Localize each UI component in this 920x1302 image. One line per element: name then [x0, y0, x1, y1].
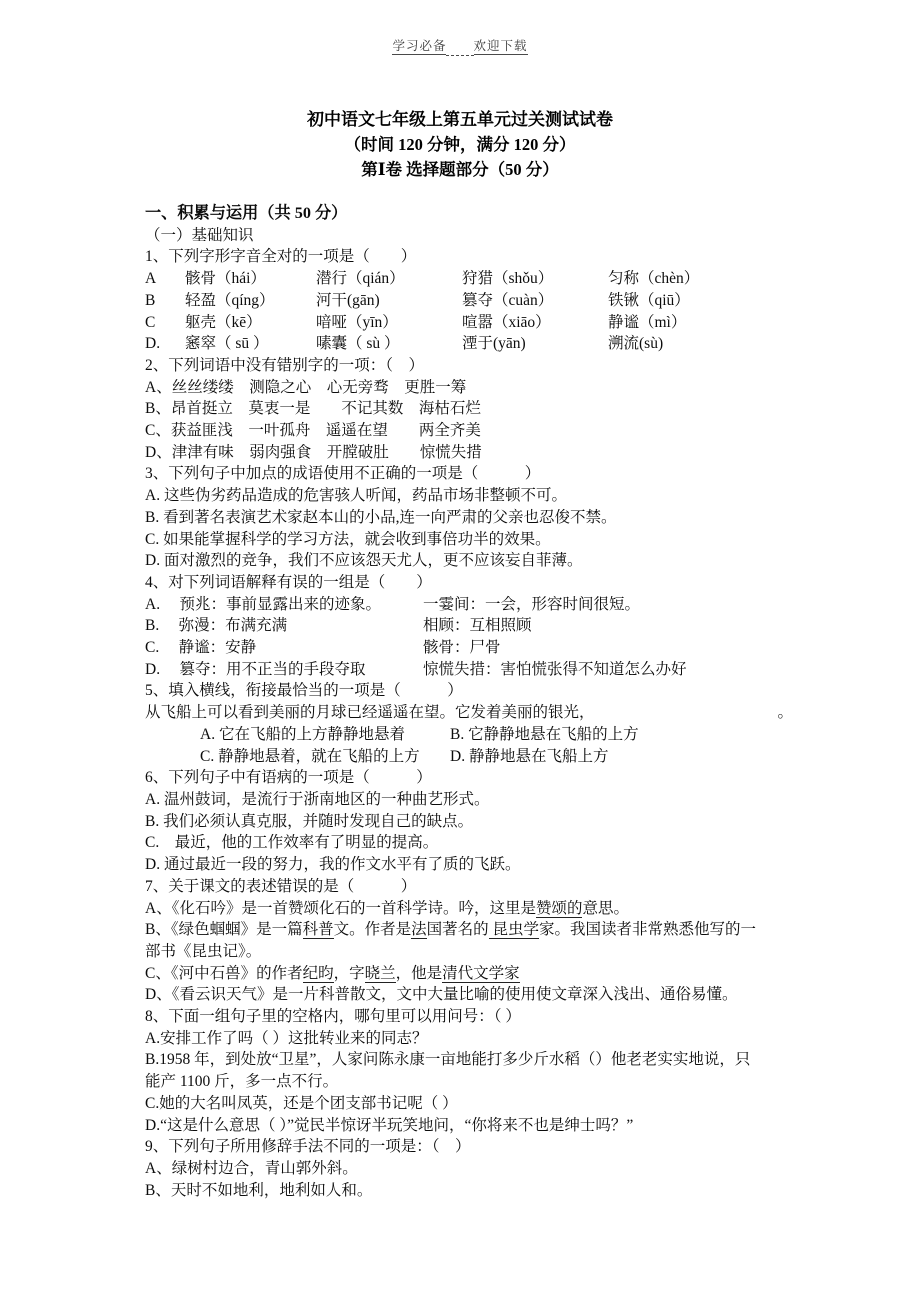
q6-option-b: B. 我们必须认真克服，并随时发现自己的缺点。 [145, 811, 805, 833]
q1-d-item3: 湮于(yān) [462, 333, 608, 355]
q1-b-item2: 河干(gān) [316, 290, 462, 312]
q1-a-item3: 狩猎（shǒu） [462, 268, 608, 290]
q4-stem: 4、对下列词语解释有误的一组是（ ） [145, 572, 805, 594]
q7-option-b-line1: B、《绿色蝈蝈》是一篇科普文。作者是法国著名的 昆虫学家。我国读者非常熟悉他写的… [145, 919, 805, 941]
section-heading: 一、积累与运用（共 50 分） [145, 203, 805, 225]
q7-option-a: A、《化石吟》是一首赞颂化石的一首科学诗。吟，这里是赞颂的意思。 [145, 898, 805, 920]
q6-option-d: D. 通过最近一段的努力，我的作文水平有了质的飞跃。 [145, 854, 805, 876]
q1-c-item1: 躯壳（kē） [185, 312, 316, 334]
question-2: 2、下列词语中没有错别字的一项：（ ） A、丝丝缕缕 测隐之心 心无旁骛 更胜一… [145, 355, 805, 464]
q8-stem: 8、下面一组句子里的空格内，哪句里可以用问号：（ ） [145, 1006, 805, 1028]
title-block: 初中语文七年级上第五单元过关测试试卷 （时间 120 分钟，满分 120 分） … [0, 107, 920, 182]
q1-c-letter: C [145, 312, 185, 334]
q6-stem: 6、下列句子中有语病的一项是（ ） [145, 767, 805, 789]
q1-option-row-d: D. 窸窣（ sū ） 嗉囊（ sù ） 湮于(yān) 溯流(sù) [145, 333, 805, 355]
q7-option-d: D、《看云识天气》是一片科普散文，文中大量比喻的使用使文章深入浅出、通俗易懂。 [145, 984, 805, 1006]
q8-option-d: D.“这是什么意思（ ）”觉民半惊讶半玩笑地问，“你将来不也是绅士吗？” [145, 1115, 805, 1137]
q5-option-row-cd: C. 静静地悬着，就在飞船的上方 D. 静静地悬在飞船上方 [145, 746, 805, 768]
q1-d-item4: 溯流(sù) [608, 333, 805, 355]
part-heading: 第Ⅰ卷 选择题部分（50 分） [0, 157, 920, 182]
q9-option-a: A、绿树村边合，青山郭外斜。 [145, 1158, 805, 1180]
doc-title: 初中语文七年级上第五单元过关测试试卷 [0, 107, 920, 132]
q3-option-b: B. 看到著名表演艺术家赵本山的小品,连一向严肃的父亲也忍俊不禁。 [145, 507, 805, 529]
q1-a-item2: 潜行（qián） [316, 268, 462, 290]
question-4: 4、对下列词语解释有误的一组是（ ） A. 预兆：事前显露出来的迹象。 一霎间：… [145, 572, 805, 681]
q1-b-item4: 铁锹（qiū） [608, 290, 805, 312]
q5-stem: 5、填入横线，衔接最恰当的一项是（ ） [145, 680, 805, 702]
q1-c-item3: 喧嚣（xiāo） [462, 312, 608, 334]
q8-option-c: C.她的大名叫凤英，还是个团支部书记呢（ ） [145, 1093, 805, 1115]
q7-option-b-line2: 部书《昆虫记》。 [145, 941, 805, 963]
q4-c-left: C. 静谧：安静 [145, 637, 423, 659]
q9-option-b: B、天时不如地利，地利如人和。 [145, 1180, 805, 1202]
q1-c-item4: 静谧（mì） [608, 312, 805, 334]
q1-a-item1: 骸骨（hái） [185, 268, 316, 290]
q1-c-item2: 喑哑（yīn） [316, 312, 462, 334]
q1-d-item1: 窸窣（ sū ） [185, 333, 316, 355]
q5-context-text: 从飞船上可以看到美丽的月球已经遥遥在望。它发着美丽的银光， [145, 702, 595, 724]
q1-stem: 1、下列字形字音全对的一项是（ ） [145, 246, 805, 268]
question-6: 6、下列句子中有语病的一项是（ ） A. 温州鼓词，是流行于浙南地区的一种曲艺形… [145, 767, 805, 876]
q6-option-c: C. 最近，他的工作效率有了明显的提高。 [145, 832, 805, 854]
q1-a-letter: A [145, 268, 185, 290]
q3-option-d: D. 面对激烈的竞争，我们不应该怨天尤人，更不应该妄自菲薄。 [145, 550, 805, 572]
q4-a-left: A. 预兆：事前显露出来的迹象。 [145, 594, 423, 616]
q4-a-right: 一霎间：一会，形容时间很短。 [423, 594, 805, 616]
q1-b-letter: B [145, 290, 185, 312]
doc-time-score: （时间 120 分钟，满分 120 分） [0, 132, 920, 157]
q4-b-left: B. 弥漫：布满充满 [145, 615, 423, 637]
subsection-heading: （一）基础知识 [145, 225, 805, 247]
q2-stem: 2、下列词语中没有错别字的一项：（ ） [145, 355, 805, 377]
q8-option-a: A.安排工作了吗（ ）这批转业来的同志？ [145, 1028, 805, 1050]
q1-a-item4: 匀称（chèn） [608, 268, 805, 290]
q1-option-row-c: C 躯壳（kē） 喑哑（yīn） 喧嚣（xiāo） 静谧（mì） [145, 312, 805, 334]
document-page: 学习必备 欢迎下载 初中语文七年级上第五单元过关测试试卷 （时间 120 分钟，… [0, 0, 920, 1302]
q3-stem: 3、下列句子中加点的成语使用不正确的一项是（ ） [145, 463, 805, 485]
q7-option-c: C、《河中石兽》的作者纪昀，字晓兰，他是清代文学家 [145, 963, 805, 985]
q3-option-c: C. 如果能掌握科学的学习方法，就会收到事倍功半的效果。 [145, 529, 805, 551]
q1-option-row-b: B 轻盈（qíng） 河干(gān) 篡夺（cuàn） 铁锹（qiū） [145, 290, 805, 312]
q5-option-a: A. 它在飞船的上方静静地悬着 [200, 724, 450, 746]
question-5: 5、填入横线，衔接最恰当的一项是（ ） 从飞船上可以看到美丽的月球已经遥遥在望。… [145, 680, 805, 767]
q1-option-row-a: A 骸骨（hái） 潜行（qián） 狩猎（shǒu） 匀称（chèn） [145, 268, 805, 290]
question-7: 7、关于课文的表述错误的是（ ） A、《化石吟》是一首赞颂化石的一首科学诗。吟，… [145, 876, 805, 1006]
question-1: 1、下列字形字音全对的一项是（ ） A 骸骨（hái） 潜行（qián） 狩猎（… [145, 246, 805, 355]
question-8: 8、下面一组句子里的空格内，哪句里可以用问号：（ ） A.安排工作了吗（ ）这批… [145, 1006, 805, 1136]
q1-d-item2: 嗉囊（ sù ） [316, 333, 462, 355]
q4-d-right: 惊慌失措：害怕慌张得不知道怎么办好 [423, 659, 805, 681]
header-note: 学习必备 欢迎下载 [0, 36, 920, 56]
q5-context-line: 从飞船上可以看到美丽的月球已经遥遥在望。它发着美丽的银光， 。 [145, 702, 793, 724]
q4-c-right: 骸骨：尸骨 [423, 637, 805, 659]
q5-option-d: D. 静静地悬在飞船上方 [450, 746, 805, 768]
q2-option-a: A、丝丝缕缕 测隐之心 心无旁骛 更胜一筹 [145, 377, 805, 399]
q8-option-b-line1: B.1958 年，到处放“卫星”，人家问陈永康一亩地能打多少斤水稻（）他老老实实… [145, 1049, 805, 1071]
q4-option-row-c: C. 静谧：安静 骸骨：尸骨 [145, 637, 805, 659]
q9-stem: 9、下列句子所用修辞手法不同的一项是：（ ） [145, 1136, 805, 1158]
q5-option-b: B. 它静静地悬在飞船的上方 [450, 724, 805, 746]
q8-option-b-line2: 能产 1100 斤，多一点不行。 [145, 1071, 805, 1093]
q5-option-row-ab: A. 它在飞船的上方静静地悬着 B. 它静静地悬在飞船的上方 [145, 724, 805, 746]
q1-b-item3: 篡夺（cuàn） [462, 290, 608, 312]
q4-b-right: 相顾：互相照顾 [423, 615, 805, 637]
question-9: 9、下列句子所用修辞手法不同的一项是：（ ） A、绿树村边合，青山郭外斜。 B、… [145, 1136, 805, 1201]
q4-d-left: D. 篡夺：用不正当的手段夺取 [145, 659, 423, 681]
q4-option-row-d: D. 篡夺：用不正当的手段夺取 惊慌失措：害怕慌张得不知道怎么办好 [145, 659, 805, 681]
q3-option-a: A. 这些伪劣药品造成的危害骇人听闻，药品市场非整顿不可。 [145, 485, 805, 507]
q1-d-letter: D. [145, 333, 185, 355]
q6-option-a: A. 温州鼓词，是流行于浙南地区的一种曲艺形式。 [145, 789, 805, 811]
q2-option-c: C、获益匪浅 一叶孤舟 遥遥在望 两全齐美 [145, 420, 805, 442]
q1-b-item1: 轻盈（qíng） [185, 290, 316, 312]
q4-option-row-b: B. 弥漫：布满充满 相顾：互相照顾 [145, 615, 805, 637]
q2-option-b: B、昂首挺立 莫衷一是 不记其数 海枯石烂 [145, 398, 805, 420]
document-body: 一、积累与运用（共 50 分） （一）基础知识 1、下列字形字音全对的一项是（ … [145, 203, 805, 1201]
question-3: 3、下列句子中加点的成语使用不正确的一项是（ ） A. 这些伪劣药品造成的危害骇… [145, 463, 805, 572]
q5-option-c: C. 静静地悬着，就在飞船的上方 [200, 746, 450, 768]
q5-context-period: 。 [777, 702, 793, 724]
q7-stem: 7、关于课文的表述错误的是（ ） [145, 876, 805, 898]
q4-option-row-a: A. 预兆：事前显露出来的迹象。 一霎间：一会，形容时间很短。 [145, 594, 805, 616]
q2-option-d: D、津津有味 弱肉强食 开膛破肚 惊慌失措 [145, 442, 805, 464]
